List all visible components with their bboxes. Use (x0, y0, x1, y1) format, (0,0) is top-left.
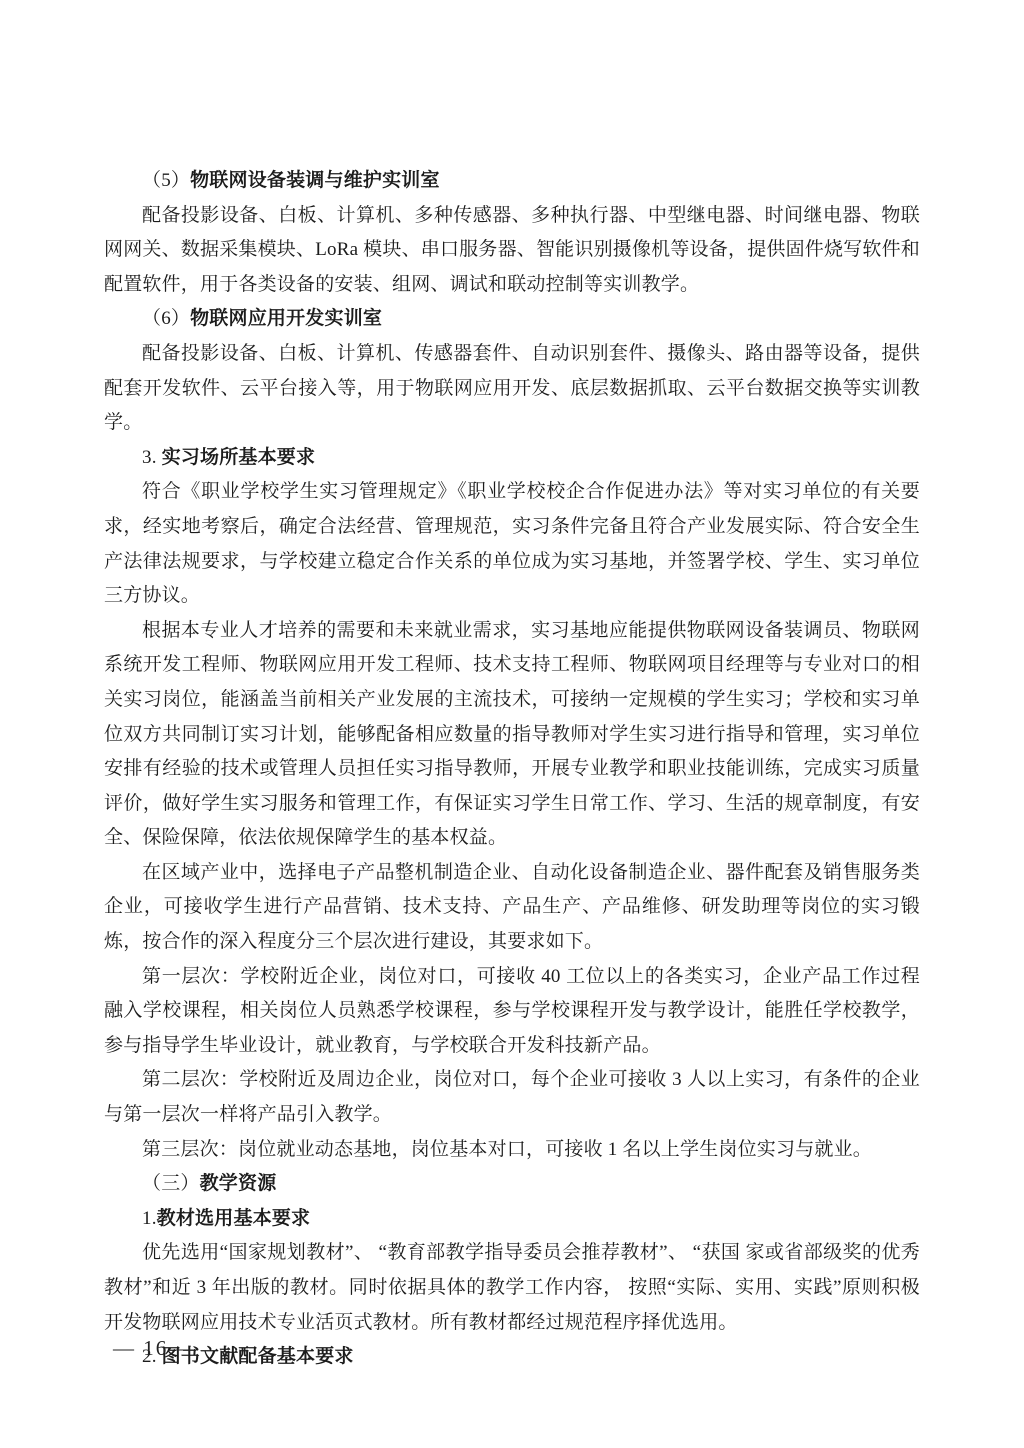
paragraph: 在区域产业中，选择电子产品整机制造企业、自动化设备制造企业、器件配套及销售服务类… (104, 856, 920, 960)
paragraph-text: 配备投影设备、白板、计算机、传感器套件、自动识别套件、摄像头、路由器等设备，提供… (104, 343, 920, 433)
paragraph: 配备投影设备、白板、计算机、多种传感器、多种执行器、中型继电器、时间继电器、物联… (104, 199, 920, 303)
paragraph: 第二层次：学校附近及周边企业，岗位对口，每个企业可接收 3 人以上实习，有条件的… (104, 1063, 920, 1132)
section-heading: 1.教材选用基本要求 (104, 1202, 920, 1237)
document-page: （5）物联网设备装调与维护实训室配备投影设备、白板、计算机、多种传感器、多种执行… (0, 0, 1024, 1448)
paragraph-text: 第三层次：岗位就业动态基地，岗位基本对口，可接收 1 名以上学生岗位实习与就业。 (142, 1139, 872, 1160)
section-heading: （三）教学资源 (104, 1167, 920, 1202)
paragraph: 第一层次：学校附近企业，岗位对口，可接收 40 工位以上的各类实习，企业产品工作… (104, 960, 920, 1064)
paragraph-text: 在区域产业中，选择电子产品整机制造企业、自动化设备制造企业、器件配套及销售服务类… (104, 862, 920, 952)
paragraph-text: 符合《职业学校学生实习管理规定》《职业学校校企合作促进办法》等对实习单位的有关要… (104, 481, 920, 606)
heading-prefix: 1. (142, 1208, 157, 1229)
paragraph: 第三层次：岗位就业动态基地，岗位基本对口，可接收 1 名以上学生岗位实习与就业。 (104, 1133, 920, 1168)
paragraph: 配备投影设备、白板、计算机、传感器套件、自动识别套件、摄像头、路由器等设备，提供… (104, 337, 920, 441)
paragraph-text: 第一层次：学校附近企业，岗位对口，可接收 40 工位以上的各类实习，企业产品工作… (104, 966, 920, 1056)
heading-title: 物联网应用开发实训室 (190, 308, 382, 329)
section-heading: （5）物联网设备装调与维护实训室 (104, 164, 920, 199)
heading-title: 教材选用基本要求 (157, 1208, 311, 1229)
heading-prefix: 3. (142, 447, 162, 468)
heading-prefix: （5） (142, 170, 190, 191)
heading-title: 实习场所基本要求 (162, 447, 316, 468)
paragraph-text: 配备投影设备、白板、计算机、多种传感器、多种执行器、中型继电器、时间继电器、物联… (104, 205, 920, 295)
section-heading: 2. 图书文献配备基本要求 (104, 1340, 920, 1375)
heading-title: 教学资源 (200, 1173, 277, 1194)
section-heading: 3. 实习场所基本要求 (104, 441, 920, 476)
section-heading: （6）物联网应用开发实训室 (104, 302, 920, 337)
heading-title: 物联网设备装调与维护实训室 (190, 170, 440, 191)
paragraph: 符合《职业学校学生实习管理规定》《职业学校校企合作促进办法》等对实习单位的有关要… (104, 475, 920, 613)
paragraph: 根据本专业人才培养的需要和未来就业需求，实习基地应能提供物联网设备装调员、物联网… (104, 614, 920, 856)
page-number: — 16 — (113, 1336, 199, 1361)
heading-prefix: （三） (142, 1173, 200, 1194)
paragraph-text: 根据本专业人才培养的需要和未来就业需求，实习基地应能提供物联网设备装调员、物联网… (104, 620, 920, 849)
paragraph: 优先选用“国家规划教材”、 “教育部教学指导委员会推荐教材”、 “获国 家或省部… (104, 1236, 920, 1340)
paragraph-text: 优先选用“国家规划教材”、 “教育部教学指导委员会推荐教材”、 “获国 家或省部… (104, 1242, 920, 1332)
heading-prefix: （6） (142, 308, 190, 329)
document-body: （5）物联网设备装调与维护实训室配备投影设备、白板、计算机、多种传感器、多种执行… (104, 164, 920, 1375)
paragraph-text: 第二层次：学校附近及周边企业，岗位对口，每个企业可接收 3 人以上实习，有条件的… (104, 1069, 920, 1125)
